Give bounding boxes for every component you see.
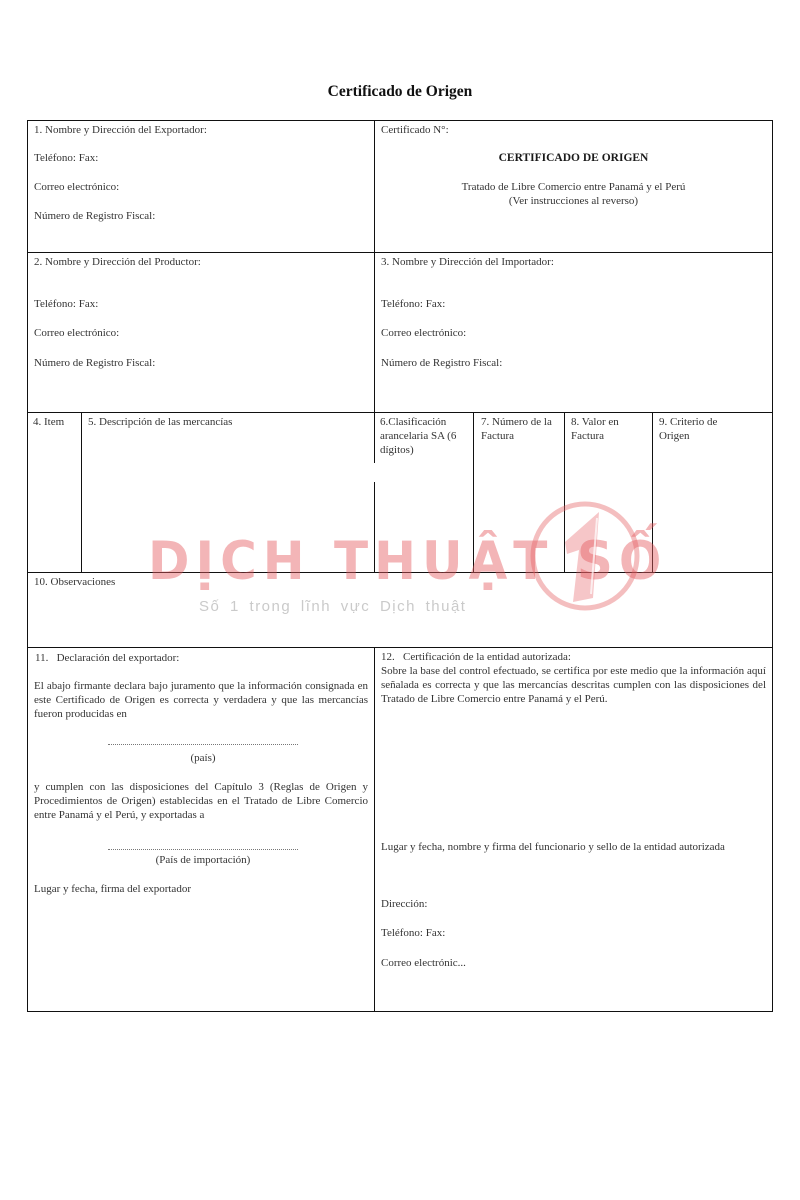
row-divider <box>27 252 773 253</box>
column-header-origin-criterion: 9. Criterio de Origen <box>659 415 739 443</box>
column-header-item: 4. Item <box>33 415 64 429</box>
official-signature-label: Lugar y fecha, nombre y firma del funcio… <box>381 840 741 854</box>
exporter-label: 1. Nombre y Dirección del Exportador: <box>34 123 207 137</box>
entity-phone-fax-field[interactable]: Teléfono: Fax: <box>381 926 445 940</box>
producer-tax-id-field[interactable]: Número de Registro Fiscal: <box>34 356 155 370</box>
exporter-compliance-text: y cumplen con las disposiciones del Capí… <box>34 780 368 822</box>
watermark-tagline: Số 1 trong lĩnh vực Dịch thuật <box>199 598 466 615</box>
exporter-tax-id-field[interactable]: Número de Registro Fiscal: <box>34 209 155 223</box>
observations-label: 10. Observaciones <box>34 575 115 589</box>
instructions-note: (Ver instrucciones al reverso) <box>374 194 773 208</box>
row-divider <box>27 647 773 648</box>
treaty-name: Tratado de Libre Comercio entre Panamá y… <box>374 180 773 194</box>
importer-tax-id-field[interactable]: Número de Registro Fiscal: <box>381 356 502 370</box>
exporter-declaration-label: 11. Declaración del exportador: <box>35 651 179 665</box>
import-country-caption: (País de importación) <box>108 853 298 867</box>
row-divider <box>27 412 773 413</box>
entity-address-field[interactable]: Dirección: <box>381 897 427 911</box>
column-header-invoice-value: 8. Valor en Factura <box>571 415 641 443</box>
producer-phone-fax-field[interactable]: Teléfono: Fax: <box>34 297 98 311</box>
entity-email-field[interactable]: Correo electrónic... <box>381 956 466 970</box>
certificate-number-field[interactable]: Certificado N°: <box>381 123 449 137</box>
exporter-phone-fax-field[interactable]: Teléfono: Fax: <box>34 151 98 165</box>
country-dotted-line[interactable] <box>108 744 298 745</box>
authorized-entity-text: Sobre la base del control efectuado, se … <box>381 664 766 706</box>
column-header-invoice-number: 7. Número de la Factura <box>481 415 559 443</box>
watermark-logo-icon <box>527 498 643 614</box>
column-divider <box>374 647 375 1012</box>
origin-criterion-cell[interactable] <box>653 445 772 571</box>
import-country-dotted-line[interactable] <box>108 849 298 850</box>
country-caption: (país) <box>108 751 298 765</box>
importer-label: 3. Nombre y Dirección del Importador: <box>381 255 554 269</box>
importer-phone-fax-field[interactable]: Teléfono: Fax: <box>381 297 445 311</box>
item-cell[interactable] <box>28 445 80 571</box>
authorized-entity-label: 12. Certificación de la entidad autoriza… <box>381 650 571 664</box>
column-divider <box>374 412 375 463</box>
producer-label: 2. Nombre y Dirección del Productor: <box>34 255 201 269</box>
exporter-email-field[interactable]: Correo electrónico: <box>34 180 119 194</box>
column-header-description: 5. Descripción de las mercancías <box>88 415 232 429</box>
producer-email-field[interactable]: Correo electrónico: <box>34 326 119 340</box>
importer-email-field[interactable]: Correo electrónico: <box>381 326 466 340</box>
certificate-heading: CERTIFICADO DE ORIGEN <box>374 151 773 165</box>
exporter-signature-label: Lugar y fecha, firma del exportador <box>34 882 191 896</box>
column-header-tariff-classification: 6.Clasificación arancelaria SA (6 dígito… <box>380 415 466 457</box>
document-title: Certificado de Origen <box>0 83 800 101</box>
exporter-declaration-text: El abajo firmante declara bajo juramento… <box>34 679 368 721</box>
